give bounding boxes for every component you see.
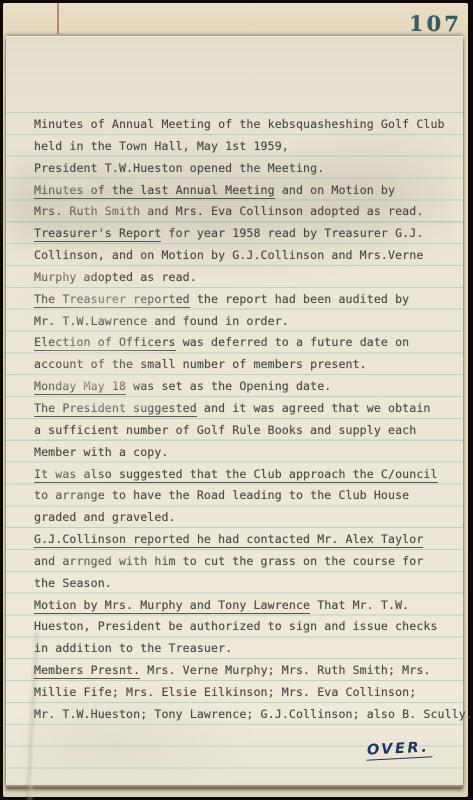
typed-text: That Mr. T.W. <box>310 598 409 612</box>
underlined-phrase: The President suggested <box>34 401 197 417</box>
text-line: Mr. T.W.Lawrence and found in order. <box>34 311 464 333</box>
underlined-phrase: Members Presnt. <box>34 663 140 679</box>
text-line: Member with a copy. <box>34 442 464 464</box>
typed-text: and it was agreed that we obtain <box>197 401 431 415</box>
typed-text: account of the small number of members p… <box>34 357 367 371</box>
text-line: to arrange to have the Road leading to t… <box>34 485 464 507</box>
page-number-stamp: 107 <box>409 11 462 36</box>
text-line: The Treasurer reported the report had be… <box>34 289 464 311</box>
text-line: Monday May 18 was set as the Opening dat… <box>34 376 464 398</box>
text-line: Mr. T.W.Hueston; Tony Lawrence; G.J.Coll… <box>34 704 464 726</box>
text-line: Election of Officers was deferred to a f… <box>34 332 464 354</box>
text-line: Treasurer's Report for year 1958 read by… <box>34 223 464 245</box>
text-line: Motion by Mrs. Murphy and Tony Lawrence … <box>34 595 464 617</box>
typed-text: graded and graveled. <box>34 510 176 524</box>
typed-text: the report had been audited by <box>190 292 409 306</box>
typed-text: President T.W.Hueston opened the Meeting… <box>34 161 324 175</box>
typed-text: Murphy adopted as read. <box>34 270 197 284</box>
text-line: graded and graveled. <box>34 507 464 529</box>
text-line: Members Presnt. Mrs. Verne Murphy; Mrs. … <box>34 660 464 682</box>
typed-text: for year 1958 read by Treasurer G.J. <box>161 226 423 240</box>
ledger-page: 107 Minutes of Annual Meeting of the keb… <box>3 3 468 797</box>
text-line: Murphy adopted as read. <box>34 267 464 289</box>
text-line: a sufficient number of Golf Rule Books a… <box>34 420 464 442</box>
typed-text: Mrs. Verne Murphy; Mrs. Ruth Smith; Mrs. <box>140 663 430 677</box>
typed-text: Member with a copy. <box>34 445 169 459</box>
underlined-phrase: Treasurer's Report <box>34 226 161 242</box>
underlined-phrase: Monday May 18 <box>34 379 126 395</box>
text-line: The President suggested and it was agree… <box>34 398 464 420</box>
typed-text: Hueston, President be authorized to sign… <box>34 619 438 633</box>
typed-text: Millie Fife; Mrs. Elsie Eilkinson; Mrs. … <box>34 685 416 699</box>
underlined-phrase: G.J.Collinson reported he had contacted … <box>34 532 423 548</box>
underlined-phrase: It was also suggested that the Club appr… <box>34 467 438 483</box>
text-line: Minutes of the last Annual Meeting and o… <box>34 180 464 202</box>
typed-text: Mr. T.W.Hueston; Tony Lawrence; G.J.Coll… <box>34 707 473 721</box>
typed-text: Mr. T.W.Lawrence and found in order. <box>34 314 289 328</box>
text-line: It was also suggested that the Club appr… <box>34 464 464 486</box>
typed-text: was set as the Opening date. <box>126 379 331 393</box>
text-line: Minutes of Annual Meeting of the kebsqua… <box>34 114 464 136</box>
text-line: held in the Town Hall, May 1st 1959, <box>34 136 464 158</box>
handwritten-over-note: OVER. <box>366 739 433 760</box>
typed-text: Minutes of Annual Meeting of the kebsqua… <box>34 117 445 131</box>
text-line: in addition to the Treasuer. <box>34 638 464 660</box>
underlined-phrase: Election of Officers <box>34 335 176 351</box>
typed-text: Collinson, and on Motion by G.J.Collinso… <box>34 248 423 262</box>
underlined-phrase: Motion by Mrs. Murphy and Tony Lawrence <box>34 598 310 614</box>
text-line: Collinson, and on Motion by G.J.Collinso… <box>34 245 464 267</box>
typed-text: Mrs. Ruth Smith and Mrs. Eva Collinson a… <box>34 204 423 218</box>
scanned-minutes-page: { "colors":{ "scan_border":"#0c0a08", "p… <box>0 0 473 800</box>
red-margin-line <box>57 3 59 34</box>
text-line: G.J.Collinson reported he had contacted … <box>34 529 464 551</box>
text-line: Mrs. Ruth Smith and Mrs. Eva Collinson a… <box>34 201 464 223</box>
typed-text: was deferred to a future date on <box>176 335 410 349</box>
typed-text: held in the Town Hall, May 1st 1959, <box>34 139 289 153</box>
typed-text: a sufficient number of Golf Rule Books a… <box>34 423 416 437</box>
typed-text: in addition to the Treasuer. <box>34 641 232 655</box>
typed-text: to arrange to have the Road leading to t… <box>34 488 409 502</box>
text-line: President T.W.Hueston opened the Meeting… <box>34 158 464 180</box>
typed-text: the Season. <box>34 576 112 590</box>
typed-text: and arrnged with him to cut the grass on… <box>34 554 423 568</box>
underlined-phrase: Minutes of the last Annual Meeting <box>34 183 275 199</box>
typed-minutes-sheet: Minutes of Annual Meeting of the kebsqua… <box>6 36 463 787</box>
typed-text: and on Motion by <box>275 183 395 197</box>
text-line: and arrnged with him to cut the grass on… <box>34 551 464 573</box>
text-line: Millie Fife; Mrs. Elsie Eilkinson; Mrs. … <box>34 682 464 704</box>
text-line: Hueston, President be authorized to sign… <box>34 616 464 638</box>
minutes-text: Minutes of Annual Meeting of the kebsqua… <box>34 114 464 726</box>
underlined-phrase: The Treasurer reported <box>34 292 190 308</box>
text-line: account of the small number of members p… <box>34 354 464 376</box>
text-line: the Season. <box>34 573 464 595</box>
